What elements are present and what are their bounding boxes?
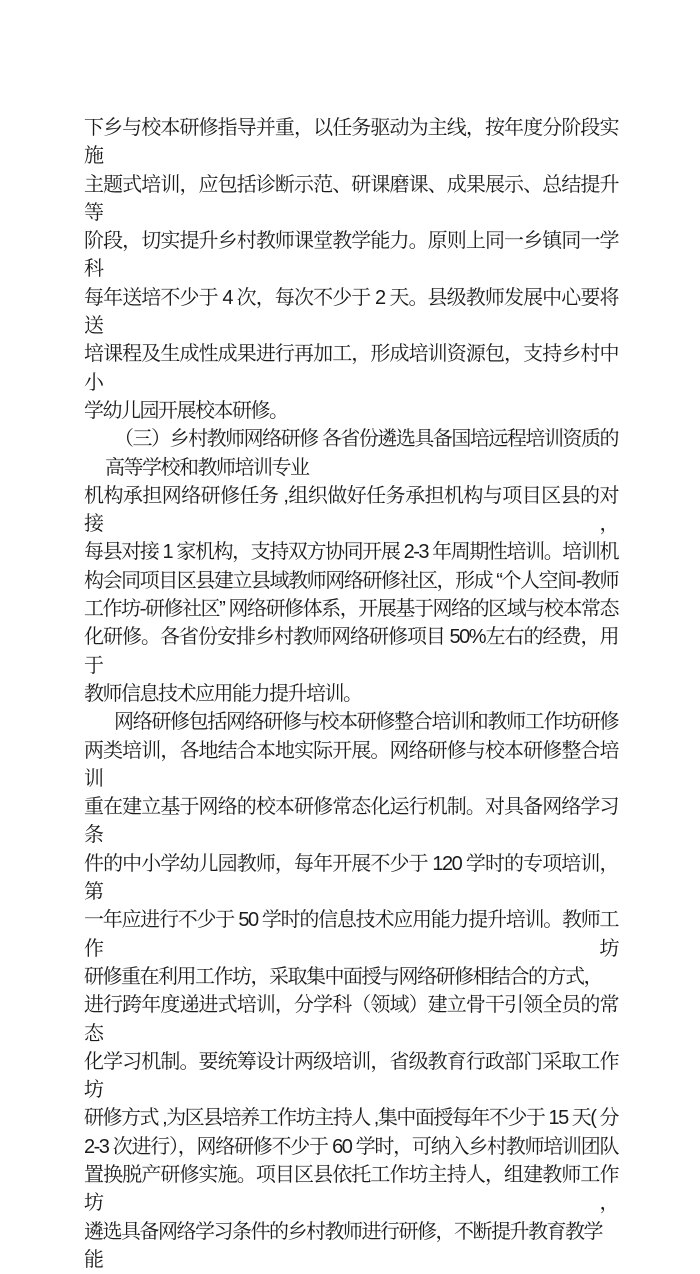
text-line: 两类培训，各地结合本地实际开展。网络研修与校本研修整合培训	[84, 737, 618, 794]
text-line: 下乡与校本研修指导并重，以任务驱动为主线，按年度分阶段实施	[84, 114, 618, 171]
text-line: 构会同项目区县建立县域教师网络研修社区，形成 “个人空间-教师	[84, 567, 618, 595]
text-line: 每县对接 1 家机构，支持双方协同开展 2-3 年周期性培训。培训机	[84, 538, 618, 566]
text-line: 教师信息技术应用能力提升培训。	[84, 680, 618, 708]
text-line: 研修重在利用工作坊，采取集中面授与网络研修相结合的方式，	[84, 963, 618, 991]
text-line: 件的中小学幼儿园教师，每年开展不少于 120 学时的专项培训，第	[84, 850, 618, 907]
section-heading-line: （三）乡村教师网络研修 各省份遴选具备国培远程培训资质的	[84, 425, 618, 453]
section-heading-line: 高等学校和教师培训专业	[84, 454, 618, 482]
document-page: 下乡与校本研修指导并重，以任务驱动为主线，按年度分阶段实施 主题式培训，应包括诊…	[84, 114, 618, 994]
text-line: 网络研修包括网络研修与校本研修整合培训和教师工作坊研修	[84, 708, 618, 736]
text-line: 主题式培训，应包括诊断示范、研课磨课、成果展示、总结提升等	[84, 171, 618, 228]
text-line: 阶段，切实提升乡村教师课堂教学能力。原则上同一乡镇同一学科	[84, 227, 618, 284]
text-line: 机构承担网络研修任务 ,组织做好任务承担机构与项目区县的对接，	[84, 482, 618, 539]
text-line: 重在建立基于网络的校本研修常态化运行机制。对具备网络学习条	[84, 793, 618, 850]
text-line: 学幼儿园开展校本研修。	[84, 397, 618, 425]
text-line: 培课程及生成性成果进行再加工，形成培训资源包，支持乡村中小	[84, 340, 618, 397]
text-line: 每年送培不少于 4 次，每次不少于 2 天。县级教师发展中心要将送	[84, 284, 618, 341]
text-line: 工作坊-研修社区” 网络研修体系，开展基于网络的区域与校本常态	[84, 595, 618, 623]
text-line: 化研修。各省份安排乡村教师网络研修项目 50%左右的经费，用于	[84, 623, 618, 680]
text-line: 一年应进行不少于 50 学时的信息技术应用能力提升培训。教师工作 坊	[84, 906, 618, 963]
